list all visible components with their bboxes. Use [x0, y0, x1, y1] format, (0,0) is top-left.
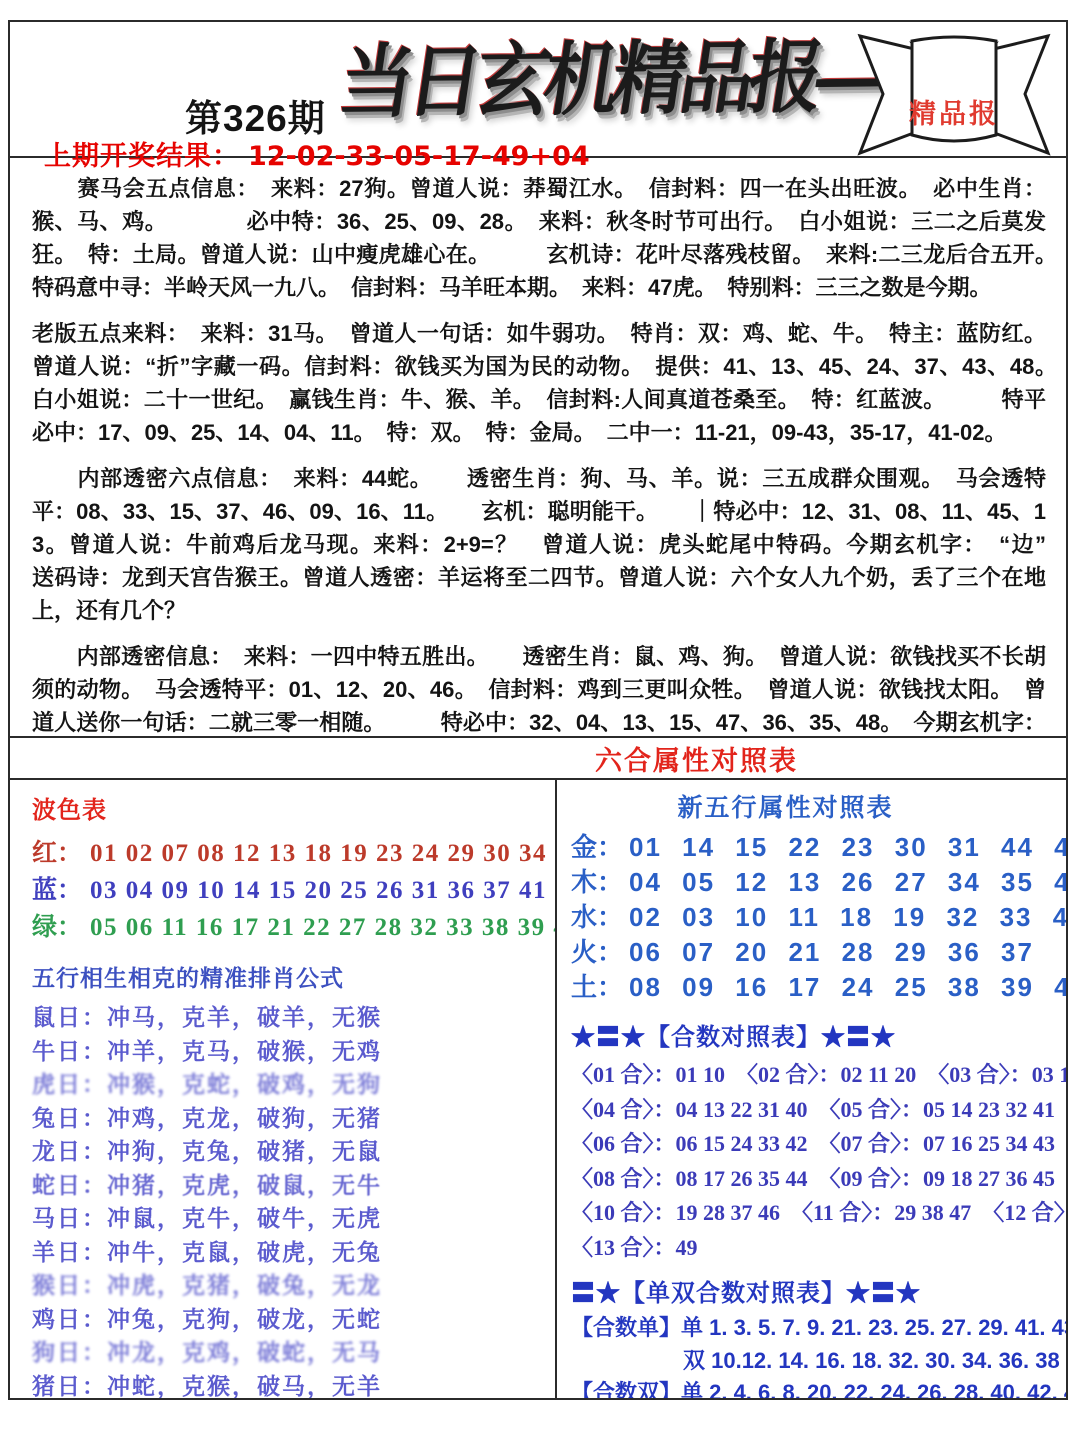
five-elements-fire-label: 火：	[571, 937, 623, 967]
sum-table-row-1: 〈01 合〉：01 10 〈02 合〉：02 11 20 〈03 合〉：03 1…	[571, 1058, 1060, 1093]
zodiac-row-ox: 牛日：冲羊，克马，破猴，无鸡	[32, 1035, 547, 1069]
even-sum-odd-row: 【合数双】单 2. 4. 6. 8. 20. 22. 24. 26. 28. 4…	[571, 1377, 1060, 1398]
color-wave-green-numbers: 05 06 11 16 17 21 22 27 28 32 33 38 39 4…	[90, 914, 557, 941]
color-wave-blue-numbers: 03 04 09 10 14 15 20 25 26 31 36 37 41 4…	[90, 877, 557, 904]
zodiac-row-rabbit: 兔日：冲鸡，克龙，破狗，无猪	[32, 1102, 547, 1136]
sum-table-row-3: 〈06 合〉：06 15 24 33 42 〈07 合〉：07 16 25 34…	[571, 1127, 1060, 1162]
last-draw-result: 上期开奖结果：12-02-33-05-17-49+04	[44, 134, 590, 173]
zodiac-row-horse: 马日：冲鼠，克牛，破牛，无虎	[32, 1202, 547, 1236]
zodiac-row-rooster: 鸡日：冲兔，克狗，破龙，无蛇	[32, 1303, 547, 1337]
five-elements-row-water: 水：02 03 10 11 18 19 32 33 40 41 48 49	[571, 900, 1060, 935]
zodiac-row-monkey: 猴日：冲虎，克猪，破兔，无龙	[32, 1269, 547, 1303]
sum-table-row-4: 〈08 合〉：08 17 26 35 44 〈09 合〉：09 18 27 36…	[571, 1162, 1060, 1197]
five-elements-wood-label: 木：	[571, 867, 623, 897]
sum-table-title: ★〓★【合数对照表】★〓★	[571, 1017, 1060, 1052]
color-wave-red-label: 红：	[32, 839, 82, 867]
five-elements-wood-numbers: 04 05 12 13 26 27 34 35 42 43	[629, 867, 1066, 897]
tip-paragraph-4: 内部透密信息： 来料：一四中特五胜出。 透密生肖：鼠、鸡、狗。 曾道人说：欲钱找…	[32, 640, 1046, 736]
five-elements-fire-numbers: 06 07 20 21 28 29 36 37	[629, 937, 1034, 967]
zodiac-row-dragon: 龙日：冲狗，克兔，破猪，无鼠	[32, 1135, 547, 1169]
sum-table-row-5: 〈10 合〉：19 28 37 46 〈11 合〉：29 38 47 〈12 合…	[571, 1196, 1060, 1231]
five-elements-row-earth: 土：08 09 16 17 24 25 38 39 46 47	[571, 970, 1060, 1005]
five-elements-row-fire: 火：06 07 20 21 28 29 36 37	[571, 935, 1060, 970]
zodiac-formula-title: 五行相生相克的精准排肖公式	[32, 960, 547, 993]
tip-paragraph-1: 赛马会五点信息： 来料：27狗。曾道人说：莽蜀江水。 信封料：四一在头出旺波。 …	[32, 172, 1046, 304]
five-elements-earth-label: 土：	[571, 972, 623, 1002]
scroll-banner: 精品报	[848, 6, 1060, 160]
five-elements-water-label: 水：	[571, 902, 623, 932]
zodiac-row-tiger: 虎日：冲猴，克蛇，破鸡，无狗	[32, 1068, 547, 1102]
odd-even-sum-title: 〓★【单双合数对照表】★〓★	[571, 1273, 1060, 1308]
color-wave-green-label: 绿：	[32, 913, 82, 941]
sum-table-row-6: 〈13 合〉：49	[571, 1231, 1060, 1266]
zodiac-row-rat: 鼠日：冲马，克羊，破羊，无猴	[32, 1001, 547, 1035]
five-elements-title: 新五行属性对照表	[571, 788, 1000, 824]
zodiac-row-dog: 狗日：冲龙，克鸡，破蛇，无马	[32, 1336, 547, 1370]
five-elements-row-wood: 木：04 05 12 13 26 27 34 35 42 43	[571, 865, 1060, 900]
color-wave-row-red: 红：01 02 07 08 12 13 18 19 23 24 29 30 34…	[32, 835, 547, 872]
zodiac-row-goat: 羊日：冲牛，克鼠，破虎，无兔	[32, 1236, 547, 1270]
last-draw-result-label: 上期开奖结果：	[44, 141, 240, 171]
five-elements-earth-numbers: 08 09 16 17 24 25 38 39 46 47	[629, 972, 1066, 1002]
zodiac-row-snake: 蛇日：冲猪，克虎，破鼠，无牛	[32, 1169, 547, 1203]
section-title-band: 六合属性对照表	[10, 736, 1066, 780]
header: 第326期 当日玄机精品报—B 上期开奖结果：12-02-33-05-17-49…	[10, 22, 1066, 158]
zodiac-row-pig: 猪日：冲蛇，克猴，破马，无羊	[32, 1370, 547, 1399]
color-wave-blue-label: 蓝：	[32, 876, 82, 904]
tip-paragraph-2: 老版五点来料： 来料：31马。 曾道人一句话：如牛弱功。 特肖：双：鸡、蛇、牛。…	[32, 317, 1046, 449]
color-wave-red-numbers: 01 02 07 08 12 13 18 19 23 24 29 30 34 3…	[90, 840, 557, 867]
color-wave-column: 波色表 红：01 02 07 08 12 13 18 19 23 24 29 3…	[10, 780, 557, 1398]
color-wave-title: 波色表	[32, 790, 547, 825]
sum-table-row-2: 〈04 合〉：04 13 22 31 40 〈05 合〉：05 14 23 32…	[571, 1093, 1060, 1128]
color-wave-row-green: 绿：05 06 11 16 17 21 22 27 28 32 33 38 39…	[32, 909, 547, 946]
color-wave-row-blue: 蓝：03 04 09 10 14 15 20 25 26 31 36 37 41…	[32, 872, 547, 909]
scroll-banner-label: 精品报	[848, 92, 1060, 131]
five-elements-row-gold: 金：01 14 15 22 23 30 31 44 45	[571, 830, 1060, 865]
odd-sum-odd-row: 【合数单】单 1. 3. 5. 7. 9. 21. 23. 25. 27. 29…	[571, 1312, 1060, 1345]
section-title: 六合属性对照表	[595, 739, 798, 778]
scroll-ribbon-graphic	[848, 6, 1060, 160]
reference-tables: 波色表 红：01 02 07 08 12 13 18 19 23 24 29 3…	[10, 780, 1066, 1398]
last-draw-result-value: 12-02-33-05-17-49+04	[248, 141, 590, 172]
five-elements-column: 新五行属性对照表 金：01 14 15 22 23 30 31 44 45 木：…	[557, 780, 1066, 1398]
newspaper-page: 第326期 当日玄机精品报—B 上期开奖结果：12-02-33-05-17-49…	[8, 20, 1068, 1400]
five-elements-water-numbers: 02 03 10 11 18 19 32 33 40 41 48 49	[629, 902, 1066, 932]
odd-sum-even-row: 双 10.12. 14. 16. 18. 32. 30. 34. 36. 38	[571, 1345, 1060, 1378]
five-elements-gold-numbers: 01 14 15 22 23 30 31 44 45	[629, 832, 1066, 862]
tip-paragraph-3: 内部透密六点信息： 来料：44蛇。 透密生肖：狗、马、羊。说：三五成群众围观。 …	[32, 462, 1046, 627]
five-elements-gold-label: 金：	[571, 832, 623, 862]
tips-section: 赛马会五点信息： 来料：27狗。曾道人说：莽蜀江水。 信封料：四一在头出旺波。 …	[10, 158, 1066, 736]
